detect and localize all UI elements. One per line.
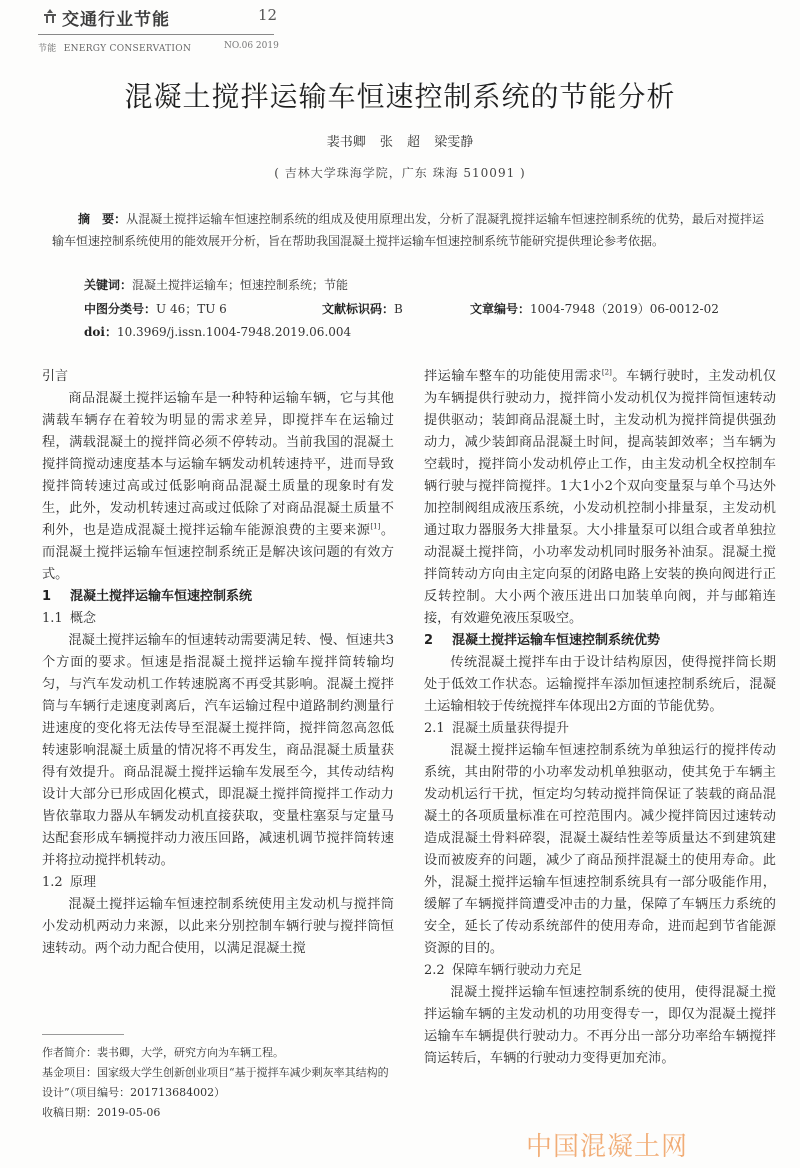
section-cn: 节能 bbox=[38, 44, 57, 54]
author-info: 作者简介：裴书卿，大学，研究方向为车辆工程。 bbox=[42, 1043, 392, 1063]
section-2-2-heading: 2.2保障车辆行驶动力充足 bbox=[424, 960, 776, 982]
section-title: 概念 bbox=[70, 611, 96, 626]
journal-section: 节能 ENERGY CONSERVATION bbox=[38, 41, 191, 54]
clc-value: U 46；TU 6 bbox=[156, 302, 227, 316]
keywords: 关键词：混凝土搅拌运输车；恒速控制系统；节能 bbox=[84, 276, 348, 293]
abstract-text: 从混凝土搅拌运输车恒速控制系统的组成及使用原理出发，分析了混凝乳搅拌运输车恒速控… bbox=[52, 212, 764, 248]
left-column: 引言 商品混凝土搅拌运输车是一种特种运输车辆，它与其他满载车辆存在着较为明显的需… bbox=[42, 366, 394, 960]
section-1-1-paragraph: 混凝土搅拌运输车的恒速转动需要满足转、慢、恒速共3个方面的要求。恒速是指混凝土搅… bbox=[42, 630, 394, 872]
journal-logo-icon bbox=[42, 8, 58, 24]
section-number: 1.1 bbox=[42, 608, 70, 630]
section-1-2-paragraph-cont: 拌运输车整车的功能使用需求[2]。车辆行驶时，主发动机仅为车辆提供行驶动力，搅拌… bbox=[424, 366, 776, 630]
section-title: 混凝土搅拌运输车恒速控制系统 bbox=[70, 589, 252, 604]
keywords-label: 关键词： bbox=[84, 278, 132, 292]
section-number: 2 bbox=[424, 630, 452, 652]
header-divider bbox=[38, 34, 274, 35]
section-title: 保障车辆行驶动力充足 bbox=[452, 963, 582, 978]
document-code: 文献标识码：B bbox=[322, 300, 403, 317]
section-number: 1 bbox=[42, 586, 70, 608]
section-1-1-heading: 1.1概念 bbox=[42, 608, 394, 630]
doi-label: doi： bbox=[84, 325, 117, 339]
article-no-value: 1004-7948（2019）06-0012-02 bbox=[530, 302, 719, 316]
section-1-2-text: 。车辆行驶时，主发动机仅为车辆提供行驶动力，搅拌筒小发动机仅为搅拌筒恒速转动提供… bbox=[424, 369, 776, 626]
abstract: 摘 要：从混凝土搅拌运输车恒速控制系统的组成及使用原理出发，分析了混凝乳搅拌运输… bbox=[52, 209, 764, 252]
received-date: 收稿日期：2019-05-06 bbox=[42, 1103, 392, 1123]
intro-text: 商品混凝土搅拌运输车是一种特种运输车辆，它与其他满载车辆存在着较为明显的需求差异… bbox=[42, 391, 394, 538]
citation-1[interactable]: [1] bbox=[370, 523, 380, 531]
section-2-1-heading: 2.1混凝土质量获得提升 bbox=[424, 718, 776, 740]
section-1-2-heading: 1.2原理 bbox=[42, 872, 394, 894]
section-title: 混凝土质量获得提升 bbox=[452, 721, 569, 736]
doc-code-value: B bbox=[394, 302, 403, 316]
page-number: 12 bbox=[258, 6, 277, 24]
right-column: 拌运输车整车的功能使用需求[2]。车辆行驶时，主发动机仅为车辆提供行驶动力，搅拌… bbox=[424, 366, 776, 1070]
section-2-paragraph: 传统混凝土搅拌车由于设计结构原因，使得搅拌筒长期处于低效工作状态。运输搅拌车添加… bbox=[424, 652, 776, 718]
journal-title: 交通行业节能 bbox=[62, 5, 170, 30]
footnotes: 作者简介：裴书卿，大学，研究方向为车辆工程。 基金项目：国家级大学生创新创业项目… bbox=[42, 1043, 392, 1123]
doi-link[interactable]: 10.3969/j.issn.1004-7948.2019.06.004 bbox=[117, 325, 351, 339]
section-number: 1.2 bbox=[42, 872, 70, 894]
article-no-label: 文章编号： bbox=[470, 302, 530, 316]
citation-2[interactable]: [2] bbox=[602, 369, 612, 377]
section-number: 2.2 bbox=[424, 960, 452, 982]
abstract-label: 摘 要： bbox=[78, 212, 126, 226]
article-title: 混凝土搅拌运输车恒速控制系统的节能分析 bbox=[0, 75, 800, 115]
watermark: 中国混凝土网 bbox=[526, 1126, 688, 1163]
section-1-2-paragraph-start: 混凝土搅拌运输车恒速控制系统使用主发动机与搅拌筒小发动机两动力来源，以此来分别控… bbox=[42, 894, 394, 960]
intro-heading: 引言 bbox=[42, 366, 394, 388]
keywords-value: 混凝土搅拌运输车；恒速控制系统；节能 bbox=[132, 278, 348, 292]
section-1-heading: 1混凝土搅拌运输车恒速控制系统 bbox=[42, 586, 394, 608]
section-2-1-paragraph: 混凝土搅拌运输车恒速控制系统为单独运行的搅拌传动系统，其由附带的小功率发动机单独… bbox=[424, 740, 776, 960]
fund-info: 基金项目：国家级大学生创新创业项目“基于搅拌车减少剩灰率其结构的设计”（项目编号… bbox=[42, 1063, 392, 1103]
issue-number: NO.06 2019 bbox=[224, 41, 279, 51]
clc-label: 中图分类号： bbox=[84, 302, 156, 316]
doi: doi：10.3969/j.issn.1004-7948.2019.06.004 bbox=[84, 323, 351, 340]
article-authors: 裴书卿 张 超 梁雯静 bbox=[0, 131, 800, 150]
doc-code-label: 文献标识码： bbox=[322, 302, 394, 316]
intro-paragraph: 商品混凝土搅拌运输车是一种特种运输车辆，它与其他满载车辆存在着较为明显的需求差异… bbox=[42, 388, 394, 586]
section-2-heading: 2混凝土搅拌运输车恒速控制系统优势 bbox=[424, 630, 776, 652]
author-affiliation: ( 吉林大学珠海学院，广东 珠海 510091 ) bbox=[0, 164, 800, 181]
section-title: 混凝土搅拌运输车恒速控制系统优势 bbox=[452, 633, 660, 648]
section-title: 原理 bbox=[70, 875, 96, 890]
section-2-2-paragraph: 混凝土搅拌运输车恒速控制系统的使用，使得混凝土搅拌运输车辆的主发动机的功用变得专… bbox=[424, 982, 776, 1070]
clc-number: 中图分类号：U 46；TU 6 bbox=[84, 300, 227, 317]
footnote-divider bbox=[42, 1034, 124, 1035]
article-number: 文章编号：1004-7948（2019）06-0012-02 bbox=[470, 300, 719, 317]
section-number: 2.1 bbox=[424, 718, 452, 740]
section-en: ENERGY CONSERVATION bbox=[64, 44, 191, 54]
